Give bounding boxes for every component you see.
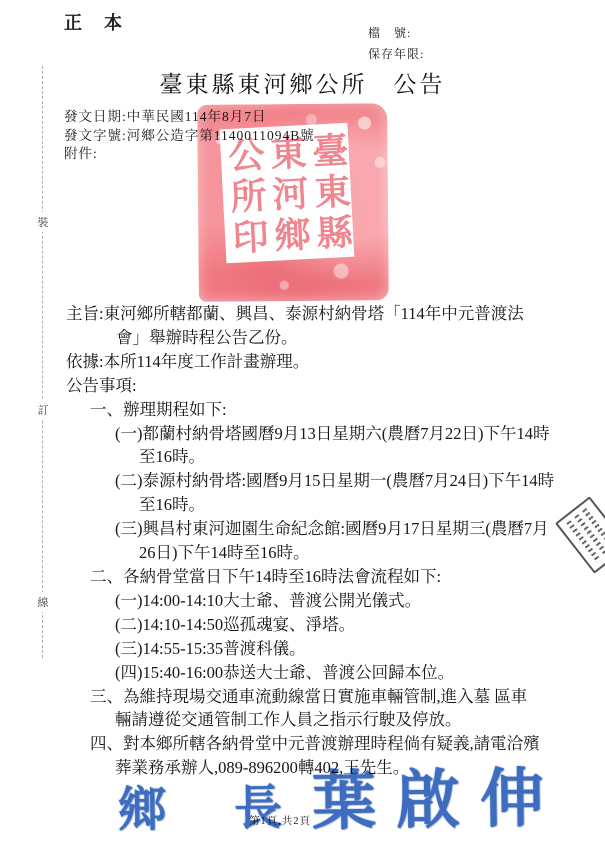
body-line: 二、各納骨堂當日下午14時至16時法會流程如下:: [90, 565, 586, 589]
body-line: 依據:本所114年度工作計畫辦理。: [66, 350, 586, 374]
binding-margin-line: [42, 66, 43, 658]
body-text: 主旨:東河鄉所轄都蘭、興昌、泰源村納骨塔「114年中元普渡法 會」舉辦時程公告乙…: [66, 302, 586, 780]
file-number-label: 檔 號:: [368, 23, 424, 44]
file-number-block: 檔 號: 保存年限:: [368, 23, 424, 65]
body-line: 一、辦理期程如下:: [90, 398, 586, 422]
body-line: (一)14:00-14:10大士爺、普渡公開光儀式。: [115, 589, 586, 613]
retention-period-label: 保存年限:: [368, 44, 424, 65]
body-line: (二)泰源村納骨塔:國曆9月15日星期一(農曆7月24日)下午14時: [115, 469, 586, 493]
body-line: (一)都蘭村納骨塔國曆9月13日星期六(農曆7月22日)下午14時: [115, 422, 586, 446]
body-line: 公告事項:: [66, 374, 586, 398]
body-line: 三、為維持現場交通車流動線當日實施車輛管制,進入墓 區車: [90, 685, 586, 709]
body-line: 至16時。: [139, 493, 586, 517]
official-seal-inner: 臺東縣 東河鄉 公所印: [219, 123, 354, 264]
copy-label: 正 本: [64, 9, 124, 35]
body-line: (三)興昌村東河迦園生命紀念館:國曆9月17日星期三(農曆7月: [115, 517, 586, 541]
body-line: (二)14:10-14:50巡孤魂宴、淨塔。: [115, 613, 586, 637]
body-line: (四)15:40-16:00恭送大士爺、普渡公回歸本位。: [115, 661, 586, 685]
seal-column: 臺東縣: [306, 127, 355, 259]
seal-column: 東河鄉: [264, 129, 313, 261]
body-line: 至16時。: [139, 445, 586, 469]
mayor-name: 葉啟伸: [311, 747, 564, 843]
body-line: 26日)下午14時至16時。: [139, 541, 586, 565]
body-line: 輛請遵從交通管制工作人員之指示行駛及停放。: [115, 708, 586, 732]
binding-mark-ding: 訂: [36, 400, 50, 420]
mayor-signature-stamp: 鄉 長 葉啟伸: [117, 747, 564, 845]
official-seal-text: 臺東縣 東河鄉 公所印: [219, 123, 354, 264]
official-seal-stamp: 臺東縣 東河鄉 公所印: [197, 103, 389, 302]
seal-column: 公所印: [222, 131, 271, 263]
binding-mark-xian: 線: [36, 592, 50, 612]
body-line: 主旨:東河鄉所轄都蘭、興昌、泰源村納骨塔「114年中元普渡法: [66, 302, 586, 326]
page-title: 臺東縣東河鄉公所 公告: [0, 66, 605, 99]
body-line: 會」舉辦時程公告乙份。: [116, 326, 586, 350]
body-line: (三)14:55-15:35普渡科儀。: [115, 637, 586, 661]
announcement-document: 正 本 檔 號: 保存年限: 臺東縣東河鄉公所 公告 發文日期:中華民國114年…: [0, 0, 605, 852]
mayor-title: 鄉 長: [118, 768, 311, 840]
binding-mark-zhuang: 裝: [36, 212, 50, 232]
